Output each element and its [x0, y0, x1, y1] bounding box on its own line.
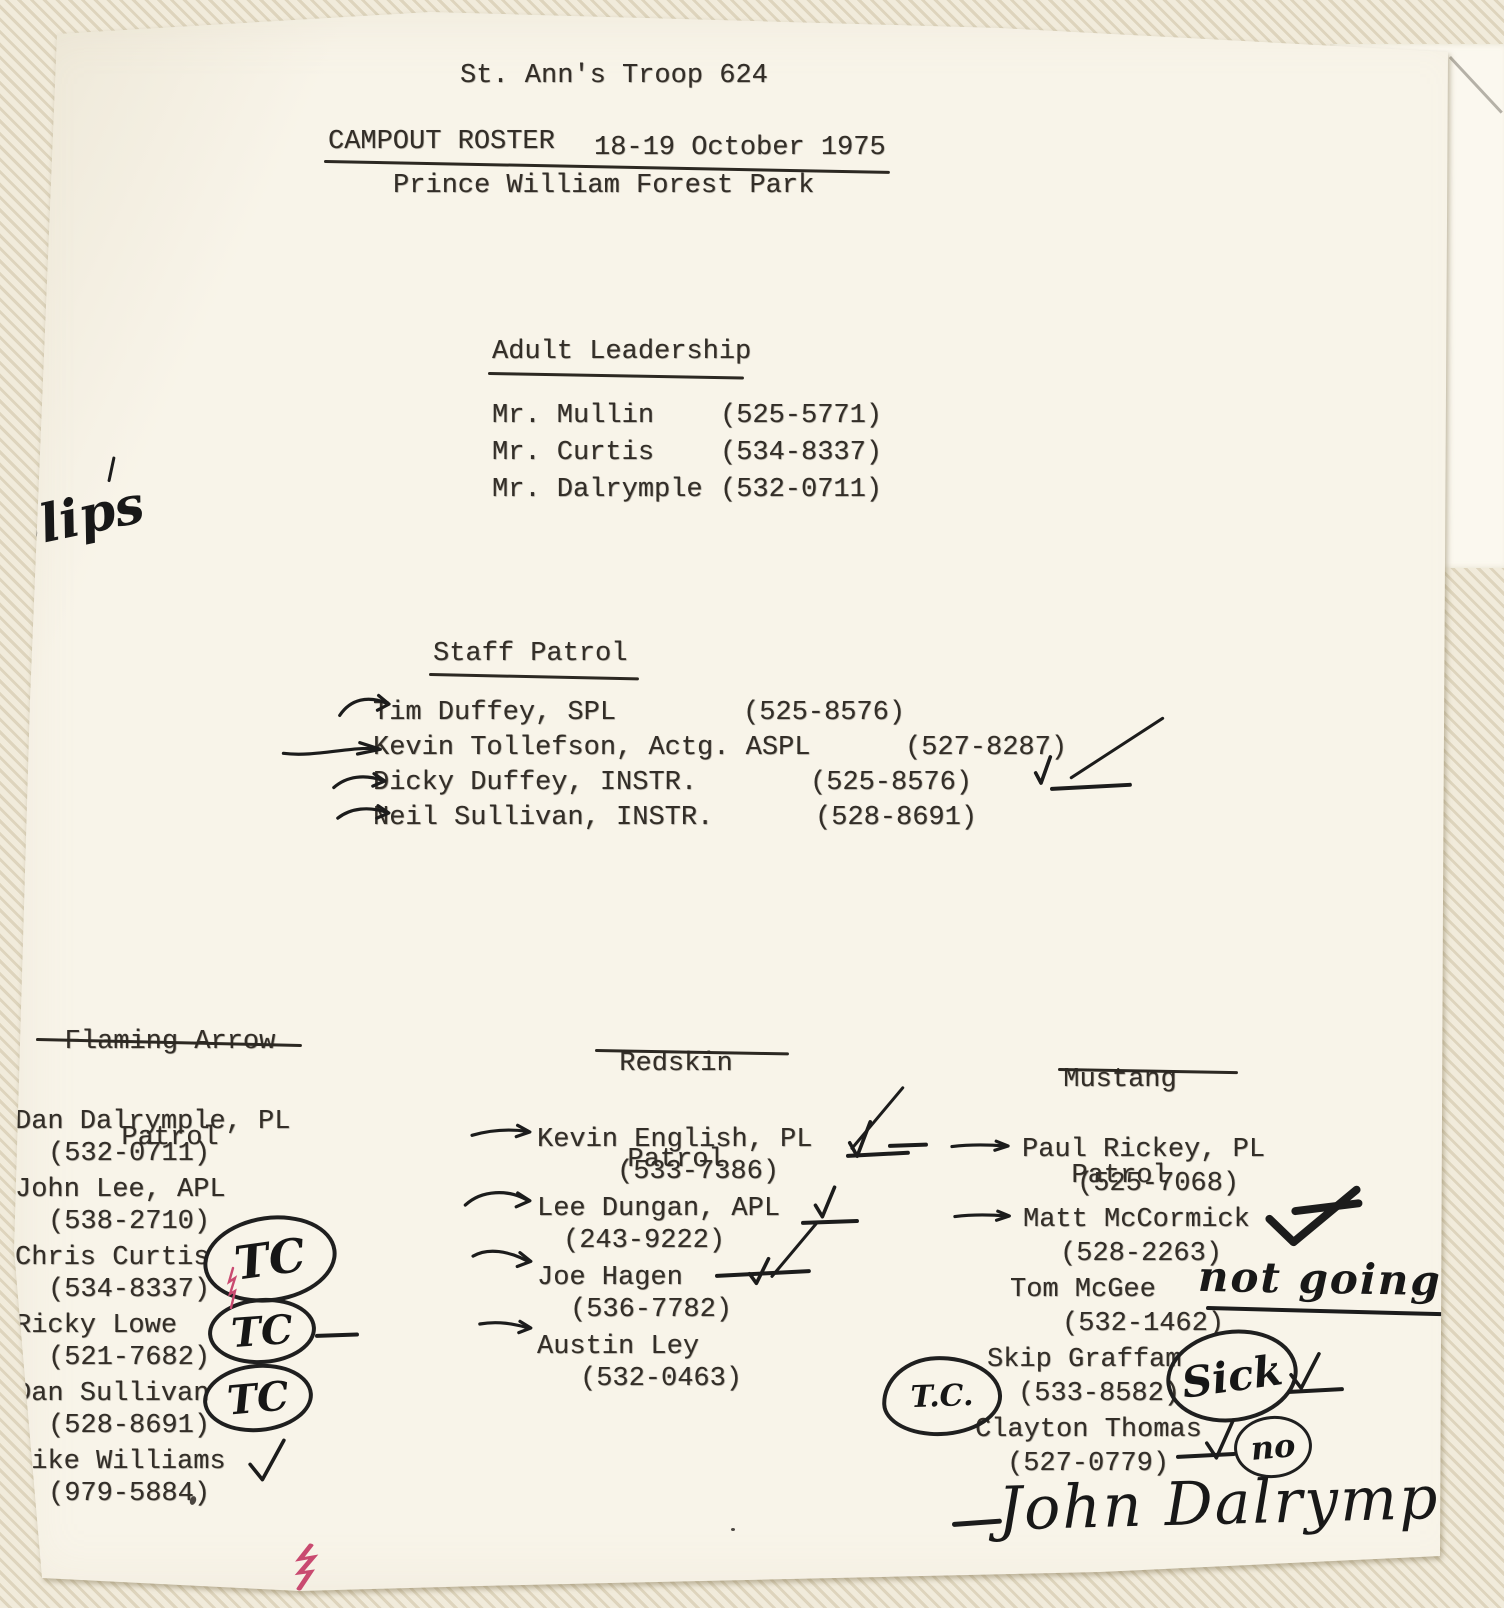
pencil-tick — [0, 1248, 10, 1251]
handwritten-arrow-icon — [950, 1138, 1016, 1154]
member-name: Skip Graffam — [987, 1344, 1181, 1376]
handwritten-arrow-icon — [471, 1244, 539, 1270]
adult-row: Mr. Mullin(525-5771) — [492, 400, 882, 437]
ink-speck — [731, 1528, 735, 1531]
scanned-roster-page: St. Ann's Troop 624 CAMPOUT ROSTER 18-19… — [0, 0, 1504, 1608]
handwritten-arrow-icon — [463, 1186, 539, 1212]
adult-heading-underline — [488, 372, 744, 379]
member-name: Dan Dalrymple, PL — [15, 1106, 290, 1138]
staff-row: Neil Sullivan, INSTR.(528-8691) — [373, 802, 810, 837]
staff-phone: (528-8691) — [815, 802, 977, 834]
member-row: Lee Dungan, APL(243-9222) — [537, 1193, 812, 1262]
checkmark-icon — [1286, 1350, 1324, 1392]
staff-name: Tim Duffey, SPL — [373, 698, 616, 728]
member-phone: (532-0711) — [15, 1138, 290, 1170]
handwritten-dash — [315, 1332, 359, 1338]
handwritten-arrow-icon — [338, 692, 396, 718]
pencil-tick — [0, 1384, 10, 1387]
signature: John Dalrymple — [997, 1461, 1499, 1544]
handwritten-arrow-icon — [470, 1122, 538, 1142]
handwritten-line — [1206, 1306, 1461, 1317]
member-name: John Lee, APL — [15, 1174, 290, 1206]
member-name: Clayton Thomas — [975, 1414, 1202, 1446]
staff-name: Kevin Tollefson, Actg. ASPL — [373, 733, 810, 763]
adult-phone: (525-5771) — [720, 401, 882, 431]
checkmark-icon — [1262, 1182, 1364, 1246]
handwritten-arrow-icon — [336, 802, 396, 824]
staff-patrol-heading: Staff Patrol — [433, 638, 627, 670]
member-name: Austin Ley — [537, 1331, 812, 1363]
checkmark-icon — [812, 1184, 838, 1220]
staff-heading-underline — [429, 673, 639, 680]
not-going-annotation: not going — [1198, 1252, 1443, 1305]
handwritten-dash — [888, 1143, 928, 1148]
member-name: Lee Dungan, APL — [537, 1193, 812, 1225]
handwritten-line — [1050, 783, 1132, 791]
adult-phone: (534-8337) — [720, 438, 882, 468]
doc-title: CAMPOUT ROSTER — [328, 126, 555, 158]
handwritten-arrow-icon — [953, 1208, 1017, 1224]
member-phone: (243-9222) — [537, 1225, 812, 1257]
paper-wrap: St. Ann's Troop 624 CAMPOUT ROSTER 18-19… — [0, 0, 1504, 1608]
staff-patrol-list: Tim Duffey, SPL(525-8576) Kevin Tollefso… — [373, 697, 810, 837]
member-name: Tom McGee — [1010, 1274, 1156, 1306]
roster-paper: St. Ann's Troop 624 CAMPOUT ROSTER 18-19… — [0, 0, 1504, 1608]
adult-row: Mr. Dalrymple(532-0711) — [492, 474, 882, 511]
staff-name: Dicky Duffey, INSTR. — [373, 768, 697, 798]
handwritten-dash — [801, 1219, 859, 1225]
staff-name: Neil Sullivan, INSTR. — [373, 803, 713, 833]
adult-name: Mr. Curtis — [492, 437, 720, 469]
handwritten-arrow-icon — [280, 740, 394, 760]
staff-phone: (525-8576) — [810, 767, 972, 799]
member-name: Paul Rickey, PL — [1022, 1134, 1265, 1166]
member-phone: (533-7386) — [537, 1156, 812, 1188]
member-phone: (532-0463) — [537, 1363, 812, 1395]
handwritten-arrow-icon — [478, 1316, 538, 1336]
doc-date: 18-19 October 1975 — [594, 132, 886, 164]
doc-location: Prince William Forest Park — [393, 170, 814, 202]
margin-note: Slips — [0, 474, 149, 563]
checkmark-icon — [1033, 754, 1053, 786]
red-pen-mark — [224, 1266, 240, 1310]
pencil-tick — [0, 1450, 12, 1453]
member-row: Kevin English, PL(533-7386) — [537, 1124, 812, 1193]
adult-name: Mr. Mullin — [492, 400, 720, 432]
troop-title: St. Ann's Troop 624 — [460, 60, 768, 92]
red-pen-mark — [284, 1539, 326, 1594]
staff-row: Kevin Tollefson, Actg. ASPL(527-8287) — [373, 732, 810, 767]
member-phone: (533-8582) — [1018, 1378, 1180, 1410]
adult-leadership-heading: Adult Leadership — [492, 336, 751, 368]
member-row: Austin Ley(532-0463) — [537, 1331, 812, 1400]
handwritten-arrow-icon — [332, 770, 392, 792]
adult-row: Mr. Curtis(534-8337) — [492, 437, 882, 474]
signature-dash — [952, 1519, 1002, 1527]
member-phone: (532-1462) — [1062, 1308, 1224, 1340]
adult-leadership-list: Mr. Mullin(525-5771) Mr. Curtis(534-8337… — [492, 400, 882, 511]
staff-row: Dicky Duffey, INSTR.(525-8576) — [373, 767, 810, 802]
staff-phone: (525-8576) — [743, 697, 905, 729]
member-phone: (525-7068) — [1077, 1168, 1239, 1200]
member-phone: (536-7782) — [537, 1294, 812, 1326]
checkmark-icon — [244, 1436, 290, 1484]
staff-row: Tim Duffey, SPL(525-8576) — [373, 697, 810, 732]
member-name: Kevin English, PL — [537, 1124, 812, 1156]
member-row: Dan Dalrymple, PL(532-0711) — [15, 1106, 290, 1174]
handwritten-diagonal-line — [1069, 716, 1165, 780]
adult-phone: (532-0711) — [720, 475, 882, 505]
adult-name: Mr. Dalrymple — [492, 474, 720, 506]
member-name: Matt McCormick — [1023, 1204, 1250, 1236]
pencil-tick — [0, 1112, 12, 1115]
